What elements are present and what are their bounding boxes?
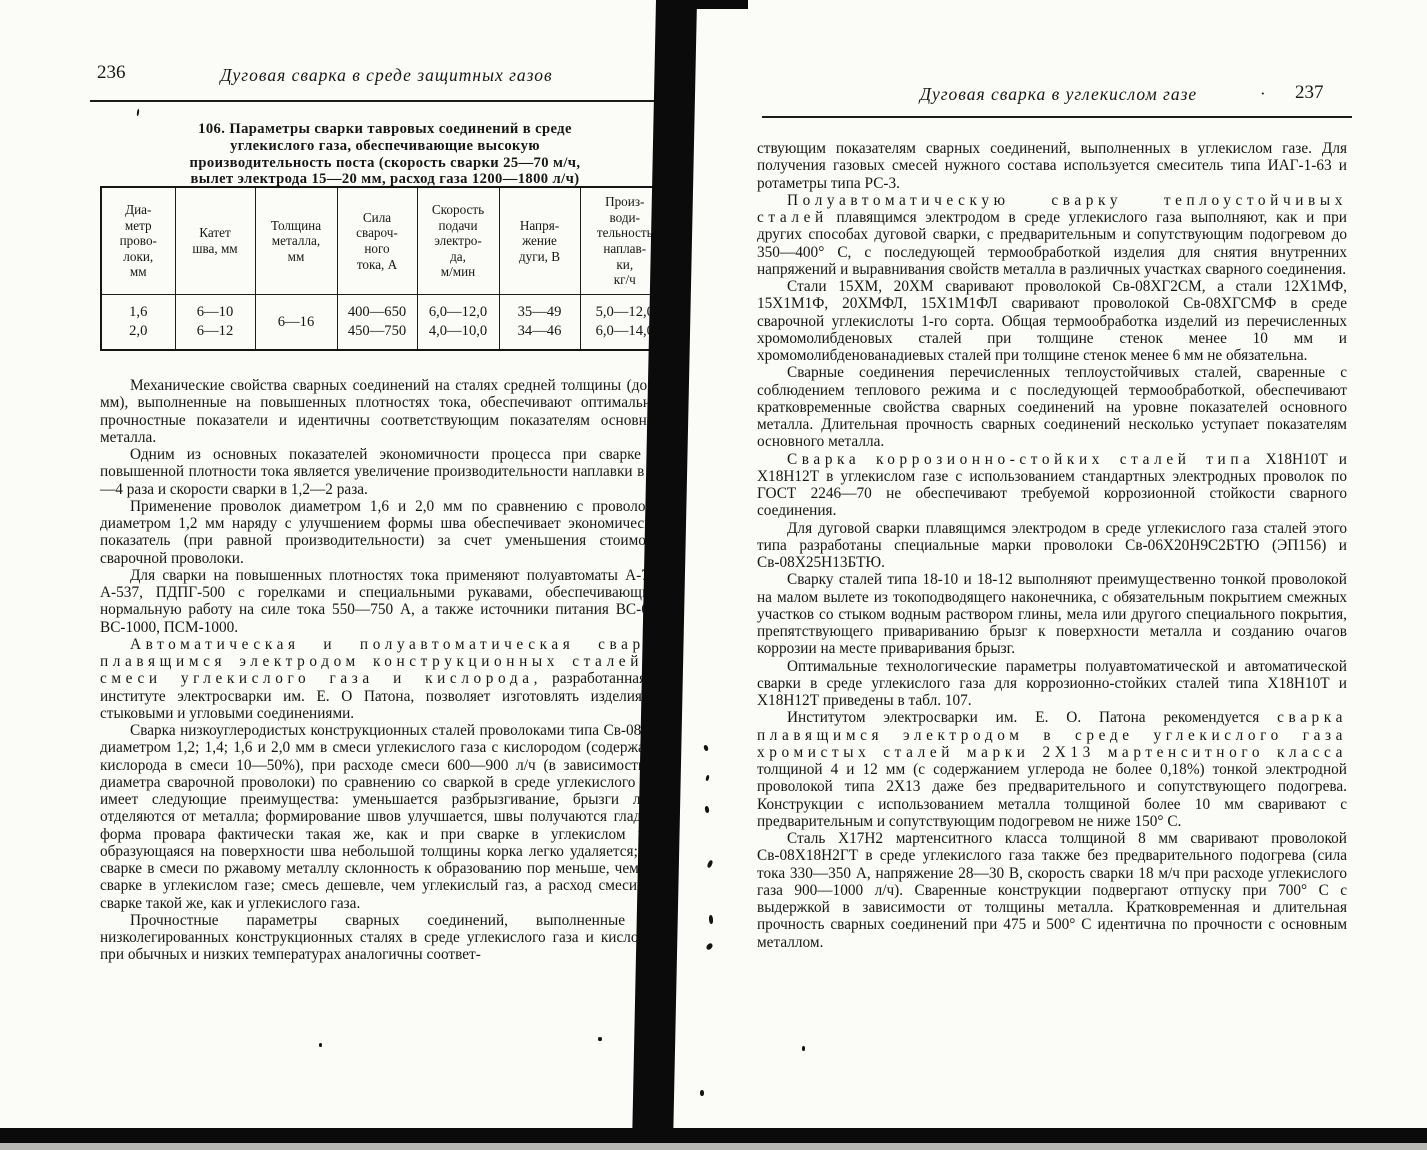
paragraph: Одним из основных показателей экономично… <box>100 446 668 498</box>
body-text: Сварка низкоуглеродистых конструкционных… <box>100 722 668 912</box>
body-text: Институтом электросварки им. Е. О. Патон… <box>787 709 1277 726</box>
left-header-rule <box>90 100 683 102</box>
table-column-header: Напря- жение дуги, В <box>499 187 580 295</box>
table-column-header: Диа- метр прово- локи, мм <box>101 187 175 295</box>
body-text: ствующим показателям сварных соединений,… <box>757 140 1347 192</box>
paragraph: Для дуговой сварки плавящимся электродом… <box>757 520 1347 572</box>
paragraph: Для сварки на повышенных плотностях тока… <box>100 567 668 636</box>
paragraph: Сварка коррозионно-стойких сталей типа Х… <box>757 451 1347 520</box>
table-body: 1,6 2,06—10 6—126—16400—650 450—7506,0—1… <box>101 295 670 351</box>
scan-speck <box>709 915 714 924</box>
bottom-scan-shadow <box>0 1143 1427 1150</box>
right-page: Дуговая сварка в углекислом газе · 237 с… <box>700 0 1427 1150</box>
paragraph: Прочностные параметры сварных соединений… <box>100 912 668 964</box>
gutter-top-strip <box>660 0 748 9</box>
table-caption: 106. Параметры сварки тавровых соединени… <box>110 121 660 188</box>
right-running-head: Дуговая сварка в углекислом газе <box>762 84 1355 105</box>
table-cell: 6,0—12,0 4,0—10,0 <box>417 295 499 351</box>
right-header-dot: · <box>1260 84 1266 104</box>
scan-speck <box>700 1090 704 1096</box>
table-cell: 6—10 6—12 <box>175 295 255 351</box>
bottom-scan-edge <box>0 1128 1427 1143</box>
body-text: Для дуговой сварки плавящимся электродом… <box>757 520 1347 572</box>
right-body-text: ствующим показателям сварных соединений,… <box>757 140 1347 951</box>
scan-speck <box>598 1037 602 1041</box>
body-text: Одним из основных показателей экономично… <box>100 446 668 498</box>
left-body-text: Механические свойства сварных соединений… <box>100 377 668 964</box>
body-text: Сварку сталей типа 18-10 и 18-12 выполня… <box>757 571 1347 657</box>
body-text: Сталь Х17Н2 мартенситного класса толщино… <box>757 830 1347 951</box>
body-text: Прочностные параметры сварных соединений… <box>100 912 668 964</box>
table-cell: 35—49 34—46 <box>499 295 580 351</box>
paragraph: Полуавтоматическую сварку теплоустойчивы… <box>757 192 1347 278</box>
scan-speck <box>319 1043 322 1047</box>
body-text: Для сварки на повышенных плотностях тока… <box>100 567 668 636</box>
table-column-header: Скорость подачи электро- да, м/мин <box>417 187 499 295</box>
table-cell: 1,6 2,0 <box>101 295 175 351</box>
emphasized-text: Сварка коррозионно-стойких сталей типа <box>787 451 1255 468</box>
paragraph: Автоматическая и полуавтоматическая свар… <box>100 636 668 722</box>
paragraph: Сварные соединения перечисленных теплоус… <box>757 364 1347 450</box>
paragraph: Стали 15ХМ, 20ХМ сваривают проволокой Св… <box>757 278 1347 364</box>
table-header-row: Диа- метр прово- локи, ммКатет шва, ммТо… <box>101 187 670 295</box>
table-column-header: Сила свароч- ного тока, А <box>337 187 417 295</box>
paragraph: Механические свойства сварных соединений… <box>100 377 668 446</box>
table-column-header: Толщина металла, мм <box>255 187 337 295</box>
body-text: Оптимальные технологические параметры по… <box>757 658 1347 710</box>
scanned-book-spread: { "left_page": { "page_number": "236", "… <box>0 0 1427 1150</box>
paragraph: ствующим показателям сварных соединений,… <box>757 140 1347 192</box>
body-text: Применение проволок диаметром 1,6 и 2,0 … <box>100 498 668 567</box>
paragraph: Сварка низкоуглеродистых конструкционных… <box>100 722 668 912</box>
paragraph: Институтом электросварки им. Е. О. Патон… <box>757 709 1347 830</box>
body-text: Механические свойства сварных соединений… <box>100 377 668 446</box>
body-text: Стали 15ХМ, 20ХМ сваривают проволокой Св… <box>757 278 1347 364</box>
paragraph: Оптимальные технологические параметры по… <box>757 658 1347 710</box>
scan-speck <box>802 1046 805 1051</box>
left-page: 236 Дуговая сварка в среде защитных газо… <box>0 0 660 1150</box>
welding-parameters-table: Диа- метр прово- локи, ммКатет шва, ммТо… <box>100 186 671 351</box>
table-cell: 6—16 <box>255 295 337 351</box>
paragraph: Сталь Х17Н2 мартенситного класса толщино… <box>757 830 1347 951</box>
paragraph: Сварку сталей типа 18-10 и 18-12 выполня… <box>757 571 1347 657</box>
right-header-rule <box>762 116 1352 118</box>
body-text: плавящимся электродом в среде углекислог… <box>757 209 1347 278</box>
body-text: толщиной 4 и 12 мм (с содержанием углеро… <box>757 761 1347 830</box>
body-text: Сварные соединения перечисленных теплоус… <box>757 364 1347 450</box>
table-cell: 400—650 450—750 <box>337 295 417 351</box>
paragraph: Применение проволок диаметром 1,6 и 2,0 … <box>100 498 668 567</box>
left-running-head: Дуговая сварка в среде защитных газов <box>90 65 683 86</box>
right-page-number: 237 <box>1295 82 1324 104</box>
table-row: 1,6 2,06—10 6—126—16400—650 450—7506,0—1… <box>101 295 670 351</box>
table-column-header: Катет шва, мм <box>175 187 255 295</box>
